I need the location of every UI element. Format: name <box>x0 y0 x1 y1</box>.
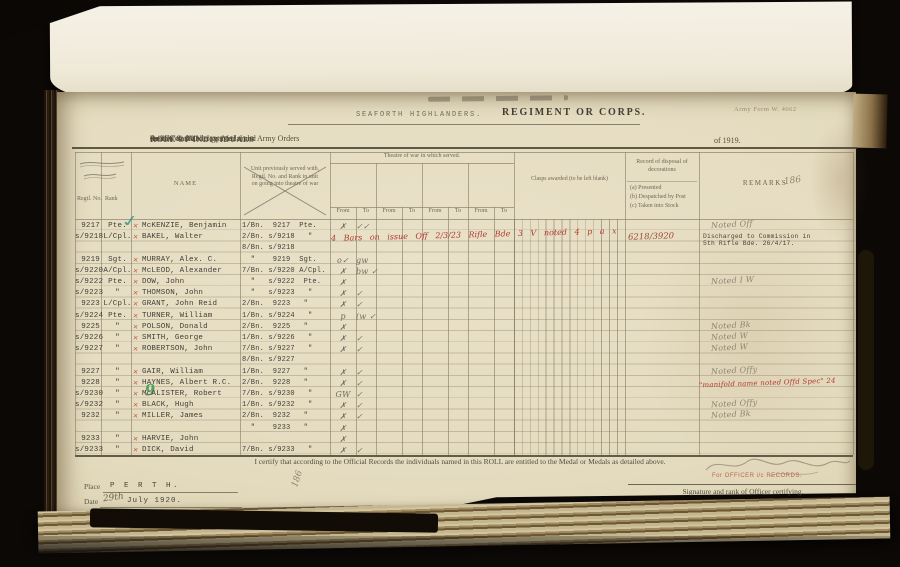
name-cell: BLACK, Hugh <box>142 400 194 411</box>
pencil-mark-to-col: ✓ <box>356 411 400 422</box>
regtl-no-cell: 9227 <box>75 367 100 378</box>
col-header-regtl-no: Regtl. No. <box>77 196 102 202</box>
pencil-mark-from-col: GW <box>330 389 356 400</box>
pencil-mark-to-col: ✓ <box>356 389 400 400</box>
pencil-mark-from-col: ✗ <box>330 400 356 411</box>
name-cell: ROBERTSON, John <box>142 344 213 355</box>
regtl-no-cell: s/9220 <box>75 266 100 277</box>
previous-page-edge <box>50 2 853 100</box>
unit-cell: 7/Bn. s/9230 " <box>242 389 312 400</box>
unit-cell: 2/Bn. 9223 " <box>242 299 308 310</box>
regtl-no-cell: s/9224 <box>75 311 100 322</box>
name-cell: GAIR, William <box>142 367 203 378</box>
signature-caption: Signature and rank of Officer certifying… <box>630 487 856 496</box>
crossed-out-header-scribble <box>78 156 128 190</box>
col-header-name: NAME <box>131 180 240 187</box>
unit-cell: " 9233 " <box>242 423 308 434</box>
remark-pencil: Noted Offy <box>711 363 758 377</box>
rank-cell: " <box>102 322 133 333</box>
table-line <box>627 181 697 182</box>
rank-cell: Sgt. <box>102 255 133 266</box>
col-header-from: From <box>468 208 494 214</box>
rank-cell: Pte. <box>102 311 133 322</box>
disposal-reference-number: 6218/3920 <box>628 231 674 243</box>
pencil-mark-from-col: ✗ <box>330 411 356 422</box>
pencil-mark-from-col: ✗ <box>330 378 356 389</box>
unit-cell: 2/Bn. 9228 " <box>242 378 308 389</box>
unit-cell: 7/Bn. s/9220 A/Cpl. <box>242 266 326 277</box>
pencil-mark-from-col: ✗ <box>330 445 356 456</box>
regtl-no-cell: s/9232 <box>75 400 100 411</box>
certification-statement: I certify that according to the Official… <box>165 457 755 466</box>
unit-cell: 1/Bn. s/9224 " <box>242 311 312 322</box>
place-label: Place <box>84 482 100 491</box>
red-check-mark: ✕ <box>132 445 139 457</box>
name-cell: SMITH, George <box>142 333 203 344</box>
name-cell: MILLER, James <box>142 411 203 422</box>
unit-cell: 7/Bn. s/9233 " <box>242 445 312 456</box>
regtl-no-cell: s/9233 <box>75 445 100 456</box>
rank-cell: A/Cpl. <box>102 266 133 277</box>
pencil-mark-from-col: ✗ <box>330 221 356 232</box>
red-check-mark: ✕ <box>132 344 139 356</box>
unit-cell: 2/Bn. s/9218 " <box>242 232 312 243</box>
name-cell: DICK, David <box>142 445 194 456</box>
pencil-mark-from-col: ✗ <box>330 266 356 277</box>
regtl-no-cell: s/9226 <box>75 333 100 344</box>
roll-row: 8/Bn. s/9218 <box>75 243 855 254</box>
name-cell: BAKEL, Walter <box>142 232 203 243</box>
date-underline <box>100 507 242 508</box>
name-cell: POLSON, Donald <box>142 322 208 333</box>
of-year: of 1919. <box>714 136 741 145</box>
regtl-no-cell: 9225 <box>75 322 100 333</box>
rank-cell: " <box>102 389 133 400</box>
name-cell: DOW, John <box>142 277 184 288</box>
roll-row: 9227 " ✕ GAIR, William 1/Bn. 9227 " ✗ ✓ … <box>75 367 855 378</box>
regtl-no-cell: s/9222 <box>75 277 100 288</box>
rank-cell: L/Cpl. <box>102 232 133 243</box>
unit-cell: 1/Bn. s/9226 " <box>242 333 312 344</box>
regtl-no-cell: s/9230 <box>75 389 100 400</box>
name-cell: McALISTER, Robert <box>142 389 222 400</box>
pencil-mark-to-col: ✓ <box>356 288 400 299</box>
red-check-mark: ✕ <box>132 232 139 244</box>
pencil-mark-from-col: ✗ <box>330 322 356 333</box>
regtl-no-cell: s/9218 <box>75 232 100 243</box>
unit-cell: 8/Bn. s/9227 <box>242 355 295 366</box>
pencil-mark-from-col: ✗ <box>330 367 356 378</box>
unit-header-cross-out <box>240 163 330 219</box>
pencil-mark-from-col: ✗ <box>330 288 356 299</box>
unit-cell: 1/Bn. s/9232 " <box>242 400 312 411</box>
records-office-stamp: For OFFICER i/c RECORDS. <box>712 473 802 479</box>
red-check-mark: ✕ <box>132 411 139 423</box>
red-check-mark: ✕ <box>132 366 139 378</box>
remark-pencil: Noted Bk <box>711 408 751 421</box>
unit-cell: 7/Bn. s/9227 " <box>242 344 312 355</box>
rank-cell: L/Cpl. <box>102 299 133 310</box>
rank-cell: " <box>102 367 133 378</box>
name-cell: MURRAY, Alex. C. <box>142 255 217 266</box>
pencil-mark-to-col: ✓ <box>356 378 400 389</box>
regtl-no-cell: 9223 <box>75 299 100 310</box>
col-header-from: From <box>330 208 356 214</box>
col-header-rank: Rank <box>105 196 118 202</box>
unit-cell: " s/9222 Pte. <box>242 277 321 288</box>
col-header-to: To <box>494 208 514 214</box>
unit-cell: 1/Bn. 9217 Pte. <box>242 221 317 232</box>
col-header-remarks: REMARKS <box>699 179 831 187</box>
pencil-mark-from-col: p <box>330 311 356 322</box>
pencil-mark-to-col: bw ✓ <box>356 266 400 277</box>
army-form-number: Army Form W. 4662 <box>734 106 797 113</box>
col-header-theatre: Theatre of war in which served. <box>330 153 514 159</box>
roll-rows: 9217 Pte. ✕ McKENZIE, Benjamin 1/Bn. 921… <box>75 219 855 455</box>
remark-pencil: Noted W <box>711 341 749 354</box>
pencil-mark-to-col: gw <box>356 255 400 266</box>
name-cell: McKENZIE, Benjamin <box>142 221 227 232</box>
rank-cell: Pte. <box>102 277 133 288</box>
scanned-medal-roll-page: Army Form W. 4662 SEAFORTH HIGHLANDERS. … <box>0 0 900 567</box>
red-check-mark: ✕ <box>132 266 139 278</box>
rank-cell: " <box>102 434 133 445</box>
red-check-mark: ✕ <box>132 322 139 334</box>
col-header-to: To <box>402 208 422 214</box>
pencil-mark-from-col: ✗ <box>330 434 356 445</box>
roll-row: s/9227 " ✕ ROBERTSON, John 7/Bn. s/9227 … <box>75 344 855 355</box>
col-header-to: To <box>448 208 468 214</box>
roll-row: s/9223 " ✕ THOMSON, John " s/9223 " ✗ ✓ <box>75 288 855 299</box>
col-header-record-items: (a) Presented (b) Despatched by Post (c)… <box>630 184 686 211</box>
unit-cell: 8/Bn. s/9218 <box>242 243 295 254</box>
remark-pencil: Noted Off <box>711 218 753 231</box>
shadow-smudge <box>858 250 874 470</box>
pencil-mark-from-col: ✗ <box>330 423 356 434</box>
roll-row: " 9233 " ✗ <box>75 423 855 434</box>
name-cell: TURNER, William <box>142 311 213 322</box>
red-check-mark: ✕ <box>132 299 139 311</box>
col-header-record: Record of disposal of decorations <box>626 159 698 174</box>
remark-pencil: Noted I W <box>711 274 755 287</box>
pencil-mark-to-col: ✓ <box>356 367 400 378</box>
roll-row: 9232 " ✕ MILLER, James 2/Bn. 9232 " ✗ ✓ … <box>75 411 855 422</box>
unit-cell: 2/Bn. 9225 " <box>242 322 308 333</box>
rank-cell: " <box>102 288 133 299</box>
pencil-mark-to-col: ✓ <box>356 400 400 411</box>
rank-cell: " <box>102 333 133 344</box>
roll-row: s/9222 Pte. ✕ DOW, John " s/9222 Pte. ✗ … <box>75 277 855 288</box>
page-stack-edge-right <box>852 94 887 149</box>
date-label: Date <box>84 497 98 506</box>
regtl-no-cell: 9219 <box>75 255 100 266</box>
rank-cell: " <box>102 411 133 422</box>
regtl-no-cell: s/9223 <box>75 288 100 299</box>
name-cell: GRANT, John Reid <box>142 299 217 310</box>
roll-row: 9223 L/Cpl. ✕ GRANT, John Reid 2/Bn. 922… <box>75 299 855 310</box>
unit-cell: " s/9223 " <box>242 288 312 299</box>
col-header-from: From <box>376 208 402 214</box>
place-value: P E R T H. <box>110 482 180 490</box>
name-cell: HARVIE, John <box>142 434 198 445</box>
bottom-shadow <box>0 536 900 567</box>
signature-underline <box>628 484 856 485</box>
regtl-no-cell: 9228 <box>75 378 100 389</box>
unit-cell: 2/Bn. 9232 " <box>242 411 308 422</box>
pencil-mark-to-col: ✓ <box>356 299 400 310</box>
pencil-mark-to-col: ✓✓ <box>356 221 400 232</box>
regtl-no-cell: 9217 <box>75 221 100 232</box>
roll-row: 9233 " ✕ HARVIE, John ✗ <box>75 434 855 445</box>
rank-cell: " <box>102 400 133 411</box>
pencil-mark-from-col: o✓ <box>330 255 356 266</box>
header-underline <box>288 124 640 125</box>
col-header-clasps: Clasps awarded (to be left blank) <box>516 176 623 183</box>
rank-cell: " <box>102 378 133 389</box>
red-check-mark: ✕ <box>132 254 139 266</box>
col-header-to: To <box>356 208 376 214</box>
pencil-mark-from-col: ✗ <box>330 333 356 344</box>
roll-row: 9228 " ✕ HAYNES, Albert R.C. 2/Bn. 9228 … <box>75 378 855 389</box>
pencil-mark-from-col: ✗ <box>330 299 356 310</box>
regiment-name: SEAFORTH HIGHLANDERS. <box>356 111 482 119</box>
regtl-no-cell: s/9227 <box>75 344 100 355</box>
name-cell: McLEOD, Alexander <box>142 266 222 277</box>
date-value: July 1920. <box>127 497 182 505</box>
regtl-no-cell: 9233 <box>75 434 100 445</box>
col-header-from: From <box>422 208 448 214</box>
red-check-mark: ✕ <box>132 378 139 390</box>
unit-cell: " 9219 Sgt. <box>242 255 317 266</box>
army-orders-number: 266 & 301. <box>160 134 202 143</box>
roll-row: 9219 Sgt. ✕ MURRAY, Alex. C. " 9219 Sgt.… <box>75 255 855 266</box>
rank-cell: " <box>102 445 133 456</box>
red-check-mark: ✕ <box>132 310 139 322</box>
pencil-mark-to-col: (w ✓ <box>356 311 400 322</box>
pencil-mark-to-col: ✓ <box>356 445 400 456</box>
pencil-mark-to-col: ✓ <box>356 344 400 355</box>
red-check-mark: ✕ <box>132 434 139 446</box>
top-rule <box>72 147 857 149</box>
rank-cell: " <box>102 344 133 355</box>
regtl-no-cell: 9232 <box>75 411 100 422</box>
pencil-mark-to-col: ✓ <box>356 333 400 344</box>
pencil-mark-from-col: ✗ <box>330 277 356 288</box>
unit-cell: 1/Bn. 9227 " <box>242 367 308 378</box>
name-cell: THOMSON, John <box>142 288 203 299</box>
pencil-mark-from-col: ✗ <box>330 344 356 355</box>
regiment-or-corps-label: REGIMENT OR CORPS. <box>502 107 646 118</box>
